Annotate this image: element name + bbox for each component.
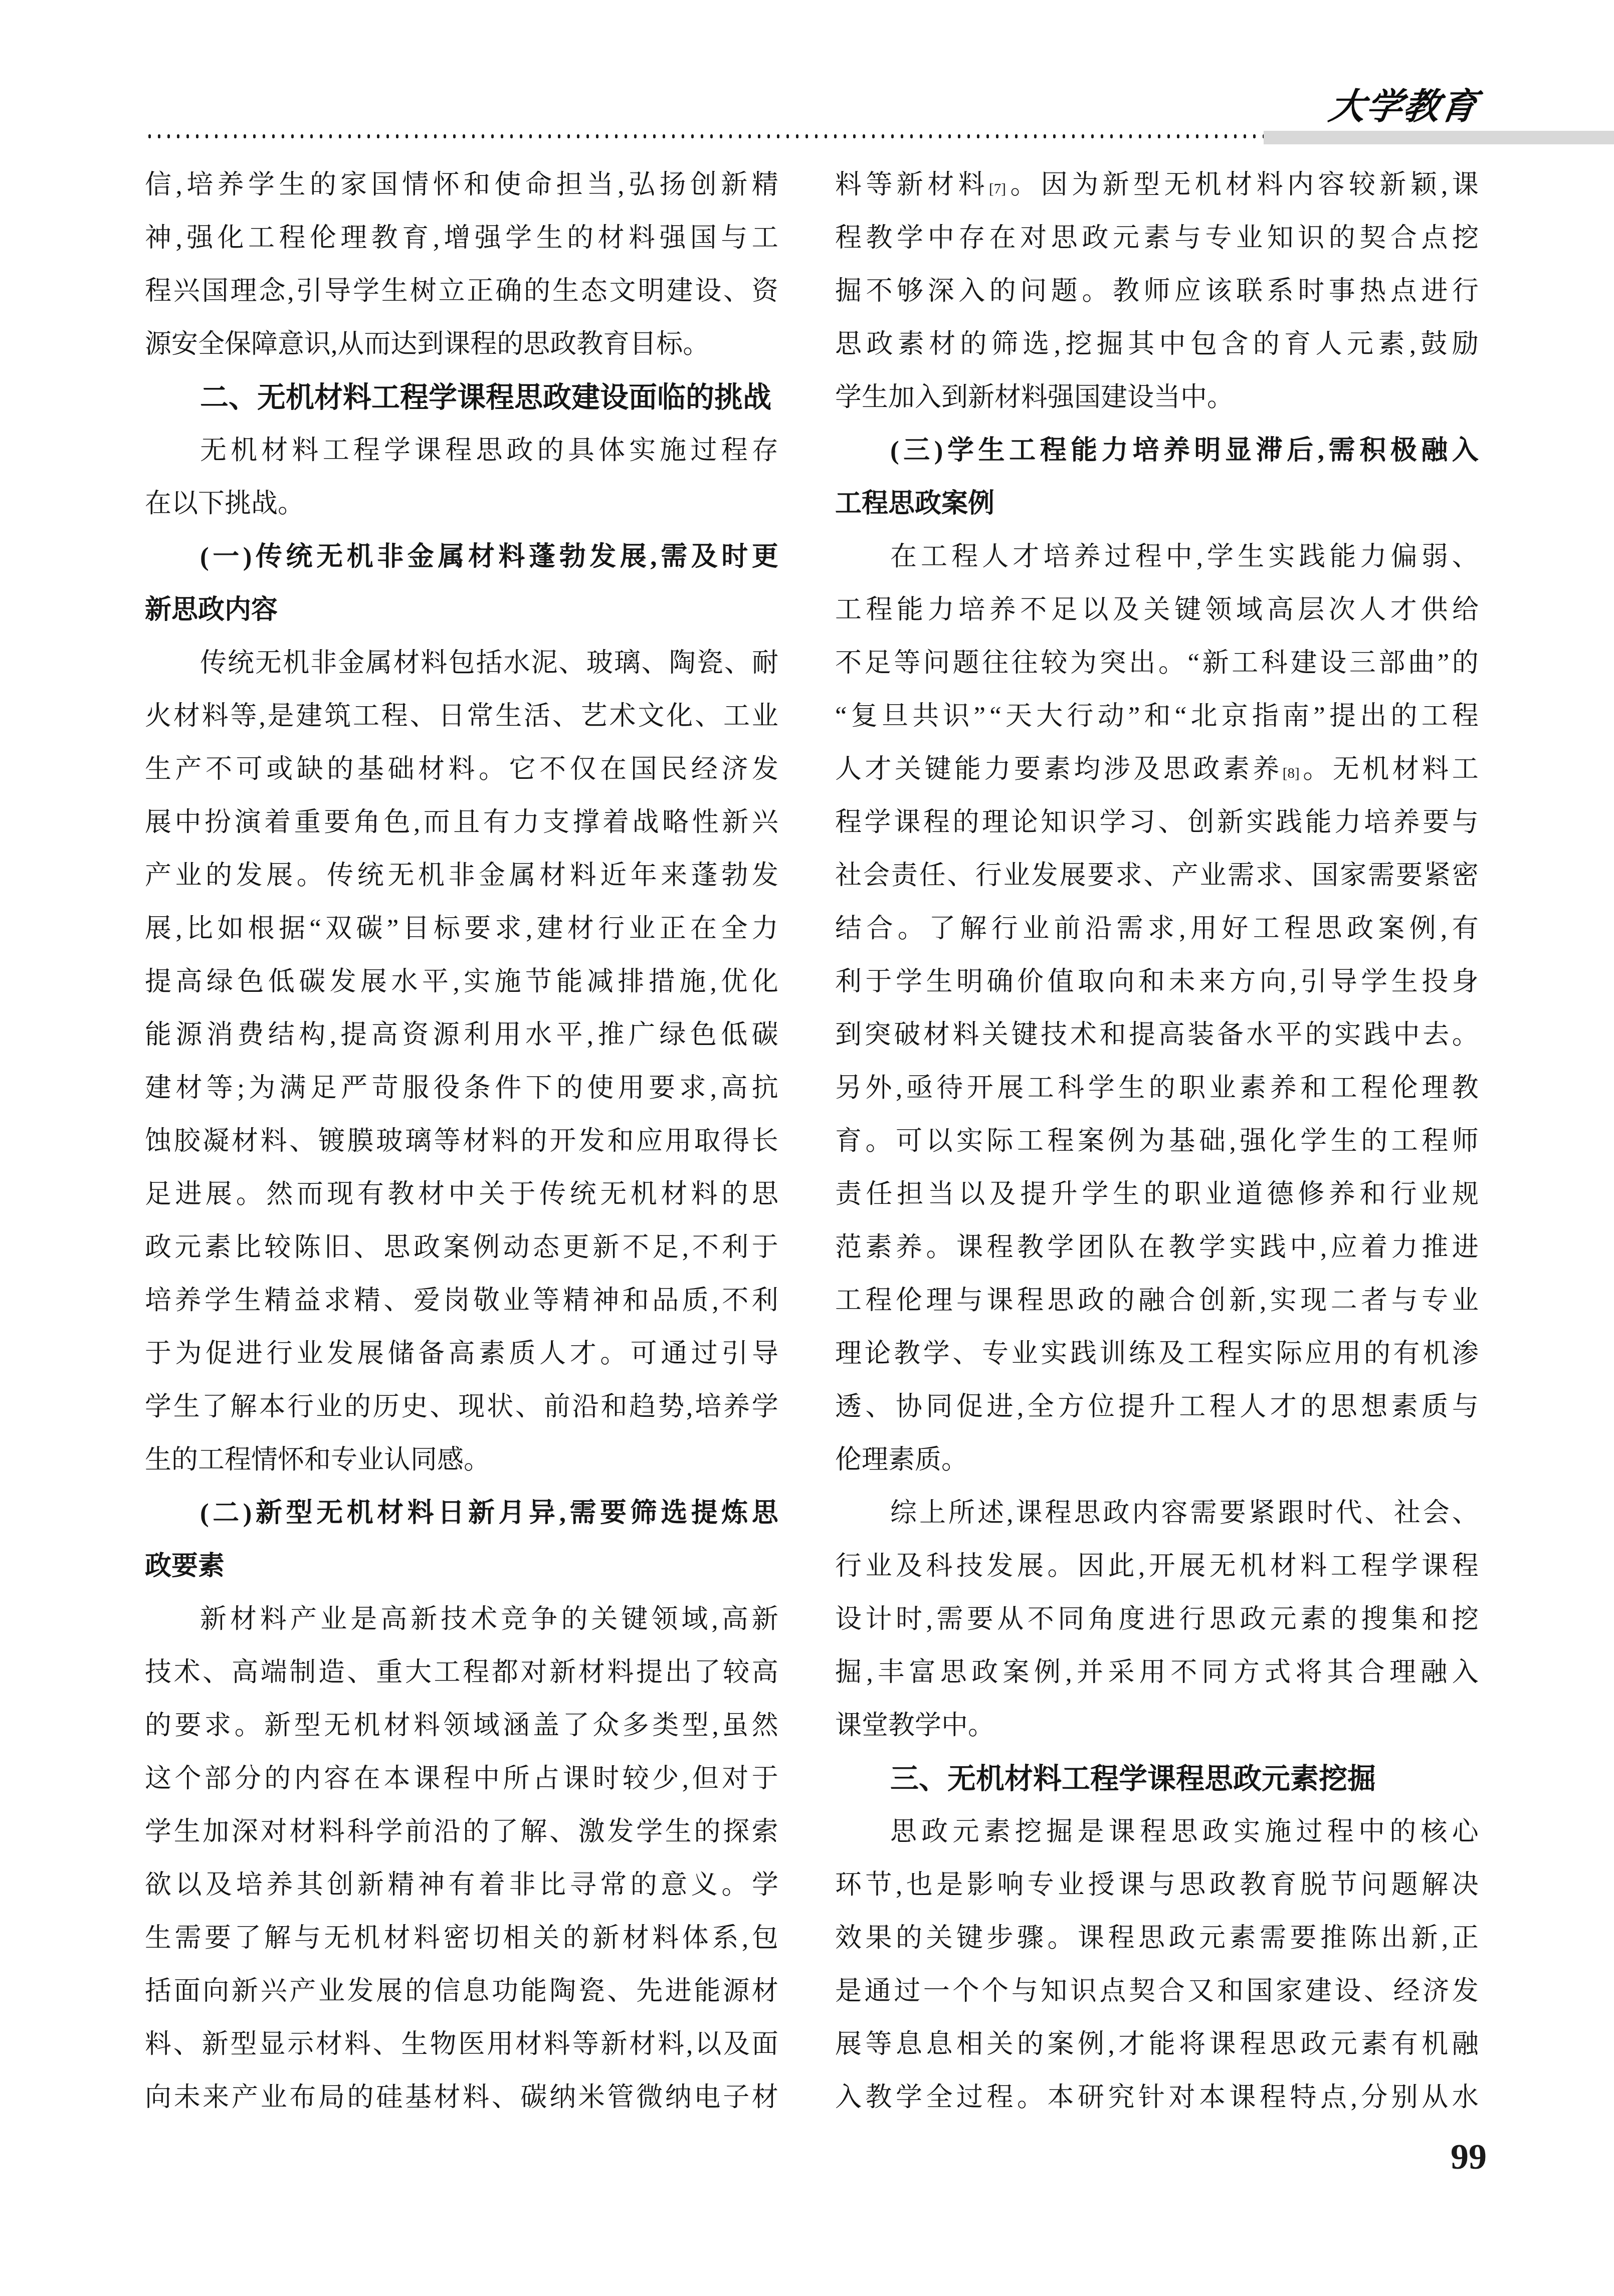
text-line: 人才关键能力要素均涉及思政素养[8]。无机材料工 [835, 743, 1479, 796]
text-line: 工程思政案例 [835, 477, 1479, 530]
text-line: 理论教学、专业实践训练及工程实际应用的有机渗 [835, 1327, 1479, 1380]
text-line: 欲以及培养其创新精神有着非比寻常的意义。学 [145, 1858, 778, 1912]
text-line: 社会责任、行业发展要求、产业需求、国家需要紧密 [835, 849, 1479, 902]
text-line: 神,强化工程伦理教育,增强学生的材料强国与工 [145, 212, 778, 265]
text-line: 的要求。新型无机材料领域涵盖了众多类型,虽然 [145, 1699, 778, 1752]
text-line: 培养学生精益求精、爱岗敬业等精神和品质,不利 [145, 1274, 778, 1327]
text-line: 责任担当以及提升学生的职业道德修养和行业规 [835, 1168, 1479, 1221]
journal-logo: 大学教育 [1314, 79, 1492, 134]
text-line: 伦理素质。 [835, 1433, 1479, 1487]
text-line: 展等息息相关的案例,才能将课程思政元素有机融 [835, 2018, 1479, 2071]
text-line: 新思政内容 [145, 583, 778, 637]
text-line: 到突破材料关键技术和提高装备水平的实践中去。 [835, 1008, 1479, 1062]
text-line: 入教学全过程。本研究针对本课程特点,分别从水 [835, 2071, 1479, 2124]
text-line: 蚀胶凝材料、镀膜玻璃等材料的开发和应用取得长 [145, 1115, 778, 1168]
text-line: 料等新材料[7]。因为新型无机材料内容较新颖,课 [835, 158, 1479, 212]
text-line: 在以下挑战。 [145, 477, 778, 530]
text-line: 无机材料工程学课程思政的具体实施过程存 [145, 424, 778, 477]
text-line: 综上所述,课程思政内容需要紧跟时代、社会、 [835, 1487, 1479, 1540]
text-line: (一)传统无机非金属材料蓬勃发展,需及时更 [145, 530, 778, 583]
text-line: 学生了解本行业的历史、现状、前沿和趋势,培养学 [145, 1380, 778, 1433]
text-line: 新材料产业是高新技术竞争的关键领域,高新 [145, 1593, 778, 1646]
text-line: 程教学中存在对思政元素与专业知识的契合点挖 [835, 212, 1479, 265]
text-line: 掘不够深入的问题。教师应该联系时事热点进行 [835, 265, 1479, 318]
text-line: 学生加入到新材料强国建设当中。 [835, 371, 1479, 424]
text-line: 环节,也是影响专业授课与思政教育脱节问题解决 [835, 1858, 1479, 1912]
text-line: 生的工程情怀和专业认同感。 [145, 1433, 778, 1487]
text-line: 工程能力培养不足以及关键领域高层次人才供给 [835, 583, 1479, 637]
text-line: 思政元素挖掘是课程思政实施过程中的核心 [835, 1805, 1479, 1858]
text-line: 二、无机材料工程学课程思政建设面临的挑战 [145, 371, 778, 424]
text-line: “复旦共识”“天大行动”和“北京指南”提出的工程 [835, 690, 1479, 743]
text-line: 学生加深对材料科学前沿的了解、激发学生的探索 [145, 1805, 778, 1858]
header-dotted-rule [145, 132, 1264, 140]
journal-page: 大学教育 信,培养学生的家国情怀和使命担当,弘扬创新精神,强化工程伦理教育,增强… [0, 0, 1614, 2296]
text-line: 政元素比较陈旧、思政案例动态更新不足,不利于 [145, 1221, 778, 1274]
text-line: 利于学生明确价值取向和未来方向,引导学生投身 [835, 955, 1479, 1008]
text-line: 火材料等,是建筑工程、日常生活、艺术文化、工业 [145, 690, 778, 743]
text-line: 设计时,需要从不同角度进行思政元素的搜集和挖 [835, 1593, 1479, 1646]
text-line: 足进展。然而现有教材中关于传统无机材料的思 [145, 1168, 778, 1221]
text-line: 不足等问题往往较为突出。“新工科建设三部曲”的 [835, 637, 1479, 690]
text-line: 另外,亟待开展工科学生的职业素养和工程伦理教 [835, 1062, 1479, 1115]
text-line: 结合。了解行业前沿需求,用好工程思政案例,有 [835, 902, 1479, 955]
text-line: 括面向新兴产业发展的信息功能陶瓷、先进能源材 [145, 1965, 778, 2018]
text-line: 行业及科技发展。因此,开展无机材料工程学课程 [835, 1540, 1479, 1593]
text-line: 程兴国理念,引导学生树立正确的生态文明建设、资 [145, 265, 778, 318]
text-line: 能源消费结构,提高资源利用水平,推广绿色低碳 [145, 1008, 778, 1062]
text-line: (三)学生工程能力培养明显滞后,需积极融入 [835, 424, 1479, 477]
text-line: 思政素材的筛选,挖掘其中包含的育人元素,鼓励 [835, 318, 1479, 371]
text-line: 在工程人才培养过程中,学生实践能力偏弱、 [835, 530, 1479, 583]
text-line: 程学课程的理论知识学习、创新实践能力培养要与 [835, 796, 1479, 849]
text-line: 生产不可或缺的基础材料。它不仅在国民经济发 [145, 743, 778, 796]
text-line: 提高绿色低碳发展水平,实施节能减排措施,优化 [145, 955, 778, 1008]
text-line: 传统无机非金属材料包括水泥、玻璃、陶瓷、耐 [145, 637, 778, 690]
text-line: 源安全保障意识,从而达到课程的思政教育目标。 [145, 318, 778, 371]
text-line: 向未来产业布局的硅基材料、碳纳米管微纳电子材 [145, 2071, 778, 2124]
text-line: 展,比如根据“双碳”目标要求,建材行业正在全力 [145, 902, 778, 955]
text-line: 效果的关键步骤。课程思政元素需要推陈出新,正 [835, 1912, 1479, 1965]
text-line: 技术、高端制造、重大工程都对新材料提出了较高 [145, 1646, 778, 1699]
text-line: 是通过一个个与知识点契合又和国家建设、经济发 [835, 1965, 1479, 2018]
text-line: 这个部分的内容在本课程中所占课时较少,但对于 [145, 1752, 778, 1805]
text-line: 掘,丰富思政案例,并采用不同方式将其合理融入 [835, 1646, 1479, 1699]
text-line: 料、新型显示材料、生物医用材料等新材料,以及面 [145, 2018, 778, 2071]
text-line: 范素养。课程教学团队在教学实践中,应着力推进 [835, 1221, 1479, 1274]
text-line: 透、协同促进,全方位提升工程人才的思想素质与 [835, 1380, 1479, 1433]
text-line: 信,培养学生的家国情怀和使命担当,弘扬创新精 [145, 158, 778, 212]
text-line: 育。可以实际工程案例为基础,强化学生的工程师 [835, 1115, 1479, 1168]
text-line: 生需要了解与无机材料密切相关的新材料体系,包 [145, 1912, 778, 1965]
text-line: 产业的发展。传统无机非金属材料近年来蓬勃发 [145, 849, 778, 902]
left-column: 信,培养学生的家国情怀和使命担当,弘扬创新精神,强化工程伦理教育,增强学生的材料… [145, 158, 778, 2124]
right-column: 料等新材料[7]。因为新型无机材料内容较新颖,课程教学中存在对思政元素与专业知识… [835, 158, 1479, 2124]
text-line: 工程伦理与课程思政的融合创新,实现二者与专业 [835, 1274, 1479, 1327]
text-line: 政要素 [145, 1540, 778, 1593]
text-line: 建材等;为满足严苛服役条件下的使用要求,高抗 [145, 1062, 778, 1115]
text-line: 三、无机材料工程学课程思政元素挖掘 [835, 1752, 1479, 1805]
text-line: 展中扮演着重要角色,而且有力支撑着战略性新兴 [145, 796, 778, 849]
page-number: 99 [1439, 2134, 1499, 2179]
text-line: 于为促进行业发展储备高素质人才。可通过引导 [145, 1327, 778, 1380]
text-line: 课堂教学中。 [835, 1699, 1479, 1752]
text-line: (二)新型无机材料日新月异,需要筛选提炼思 [145, 1487, 778, 1540]
